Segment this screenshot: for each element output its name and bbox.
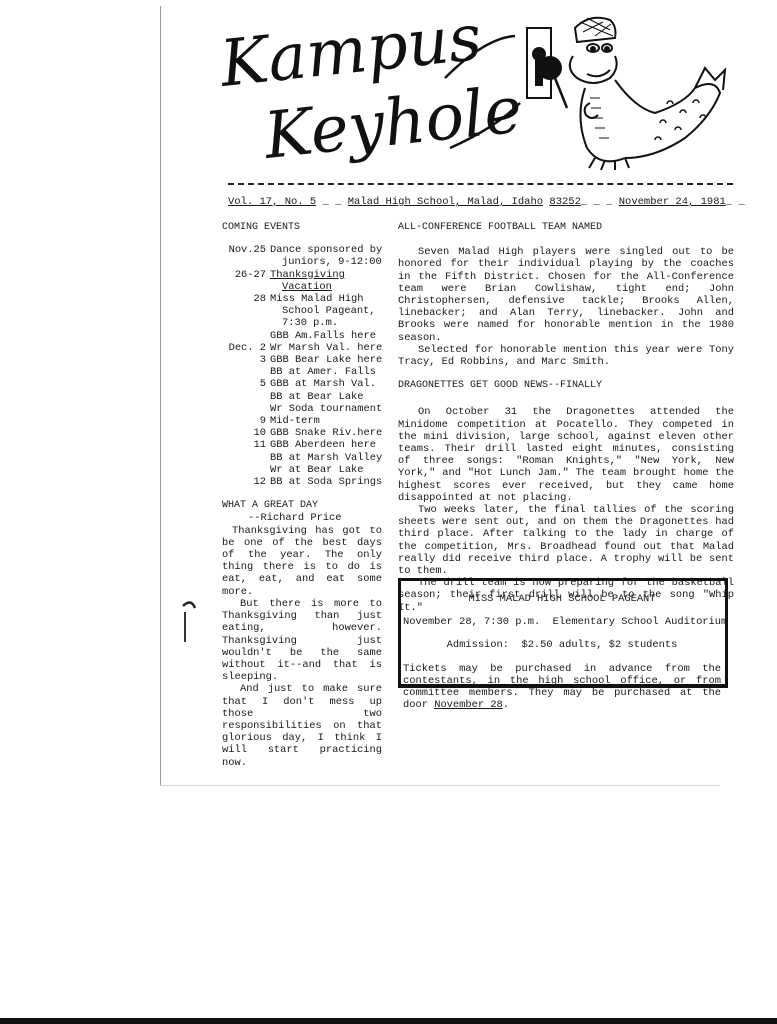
event-date: 26-27 [222,269,270,281]
event-item: BB at Amer. Falls [222,366,382,378]
football-paragraph: Seven Malad High players were singled ou… [398,246,734,344]
coming-events-heading: COMING EVENTS [222,222,382,234]
event-date [222,317,270,329]
masthead: Kampus Keyhole [215,8,735,178]
event-date: 9 [222,415,270,427]
page-left-edge [160,6,161,786]
dateline: Vol. 17, No. 5 _ _ Malad High School, Ma… [228,196,738,208]
left-column: COMING EVENTS Nov.25Dance sponsored byju… [222,222,382,769]
zip-code: 83252 [549,196,581,208]
pageant-announcement-box: MISS MALAD HIGH SCHOOL PAGEANT November … [398,578,728,688]
event-date [222,452,270,464]
event-text: GBB Snake Riv.here [270,427,382,439]
event-item: Wr Soda tournament [222,403,382,415]
event-date: 10 [222,427,270,439]
school-name: Malad High School, Malad, Idaho [348,196,543,208]
event-text: Thanksgiving [270,269,382,281]
feature-byline: --Richard Price [222,512,382,524]
event-item: Vacation [222,281,382,293]
issue-date: November 24, 1981 [619,196,726,208]
dragon-detective-icon [570,18,725,170]
event-text: GBB Am.Falls here [270,330,382,342]
event-text: Dance sponsored by [270,244,382,256]
football-heading: ALL-CONFERENCE FOOTBALL TEAM NAMED [398,222,734,234]
event-text: Vacation [270,281,382,293]
football-paragraph: Selected for honorable mention this year… [398,344,734,368]
event-text: GBB Bear Lake here [270,354,382,366]
event-item: 28Miss Malad High [222,293,382,305]
feature-article: WHAT A GREAT DAY --Richard Price Thanksg… [222,500,382,768]
event-item: 26-27Thanksgiving [222,269,382,281]
event-item: 10GBB Snake Riv.here [222,427,382,439]
masthead-logo-art: Kampus Keyhole [215,8,735,178]
event-text: juniors, 9-12:00 [270,256,382,268]
right-column: ALL-CONFERENCE FOOTBALL TEAM NAMED Seven… [398,222,734,614]
feature-heading: WHAT A GREAT DAY [222,500,382,512]
event-text: BB at Marsh Valley [270,452,382,464]
event-item: Wr at Bear Lake [222,464,382,476]
event-date [222,403,270,415]
pageant-when-where: November 28, 7:30 p.m. Elementary School… [403,616,721,628]
volume-number: Vol. 17, No. 5 [228,196,316,208]
dragonettes-paragraph: On October 31 the Dragonettes attended t… [398,406,734,504]
event-text: Wr at Bear Lake [270,464,382,476]
event-date: 5 [222,378,270,390]
event-date: Dec. 2 [222,342,270,354]
event-date: 28 [222,293,270,305]
pageant-tickets: Tickets may be purchased in advance from… [403,663,721,712]
dragonettes-paragraph: Two weeks later, the final tallies of th… [398,504,734,577]
event-text: Wr Soda tournament [270,403,382,415]
event-date: Nov.25 [222,244,270,256]
event-date [222,330,270,342]
staple-mark-icon [181,598,197,644]
event-item: 9Mid-term [222,415,382,427]
pageant-admission: Admission: $2.50 adults, $2 students [403,639,721,651]
event-date [222,281,270,293]
pageant-title: MISS MALAD HIGH SCHOOL PAGEANT [403,593,721,605]
event-item: 11GBB Aberdeen here [222,439,382,451]
event-item: School Pageant, [222,305,382,317]
event-date: 3 [222,354,270,366]
event-item: BB at Bear Lake [222,391,382,403]
event-date [222,464,270,476]
feature-paragraph: Thanksgiving has got to be one of the be… [222,525,382,598]
event-date [222,366,270,378]
scan-bottom-bar [0,1018,777,1024]
event-text: Mid-term [270,415,382,427]
event-date [222,256,270,268]
event-date: 11 [222,439,270,451]
event-text: BB at Soda Springs [270,476,382,488]
event-item: 12BB at Soda Springs [222,476,382,488]
event-item: Dec. 2Wr Marsh Val. here [222,342,382,354]
masthead-divider [228,183,733,185]
pageant-tickets-date: November 28 [434,699,503,711]
event-text: BB at Bear Lake [270,391,382,403]
event-text: GBB Aberdeen here [270,439,382,451]
event-item: 7:30 p.m. [222,317,382,329]
event-text: 7:30 p.m. [270,317,382,329]
event-item: GBB Am.Falls here [222,330,382,342]
event-text: GBB at Marsh Val. [270,378,382,390]
event-text: BB at Amer. Falls [270,366,382,378]
event-item: juniors, 9-12:00 [222,256,382,268]
coming-events-list: Nov.25Dance sponsored byjuniors, 9-12:00… [222,244,382,488]
event-item: 3GBB Bear Lake here [222,354,382,366]
event-item: Nov.25Dance sponsored by [222,244,382,256]
event-date: 12 [222,476,270,488]
feature-paragraph: And just to make sure that I don't mess … [222,683,382,768]
event-text: Wr Marsh Val. here [270,342,382,354]
page-bottom-edge [160,785,720,786]
feature-paragraph: But there is more to Thanksgiving than j… [222,598,382,683]
event-text: Miss Malad High [270,293,382,305]
dragonettes-heading: DRAGONETTES GET GOOD NEWS--FINALLY [398,380,734,392]
event-item: BB at Marsh Valley [222,452,382,464]
event-date [222,391,270,403]
event-text: School Pageant, [270,305,382,317]
event-date [222,305,270,317]
event-item: 5GBB at Marsh Val. [222,378,382,390]
